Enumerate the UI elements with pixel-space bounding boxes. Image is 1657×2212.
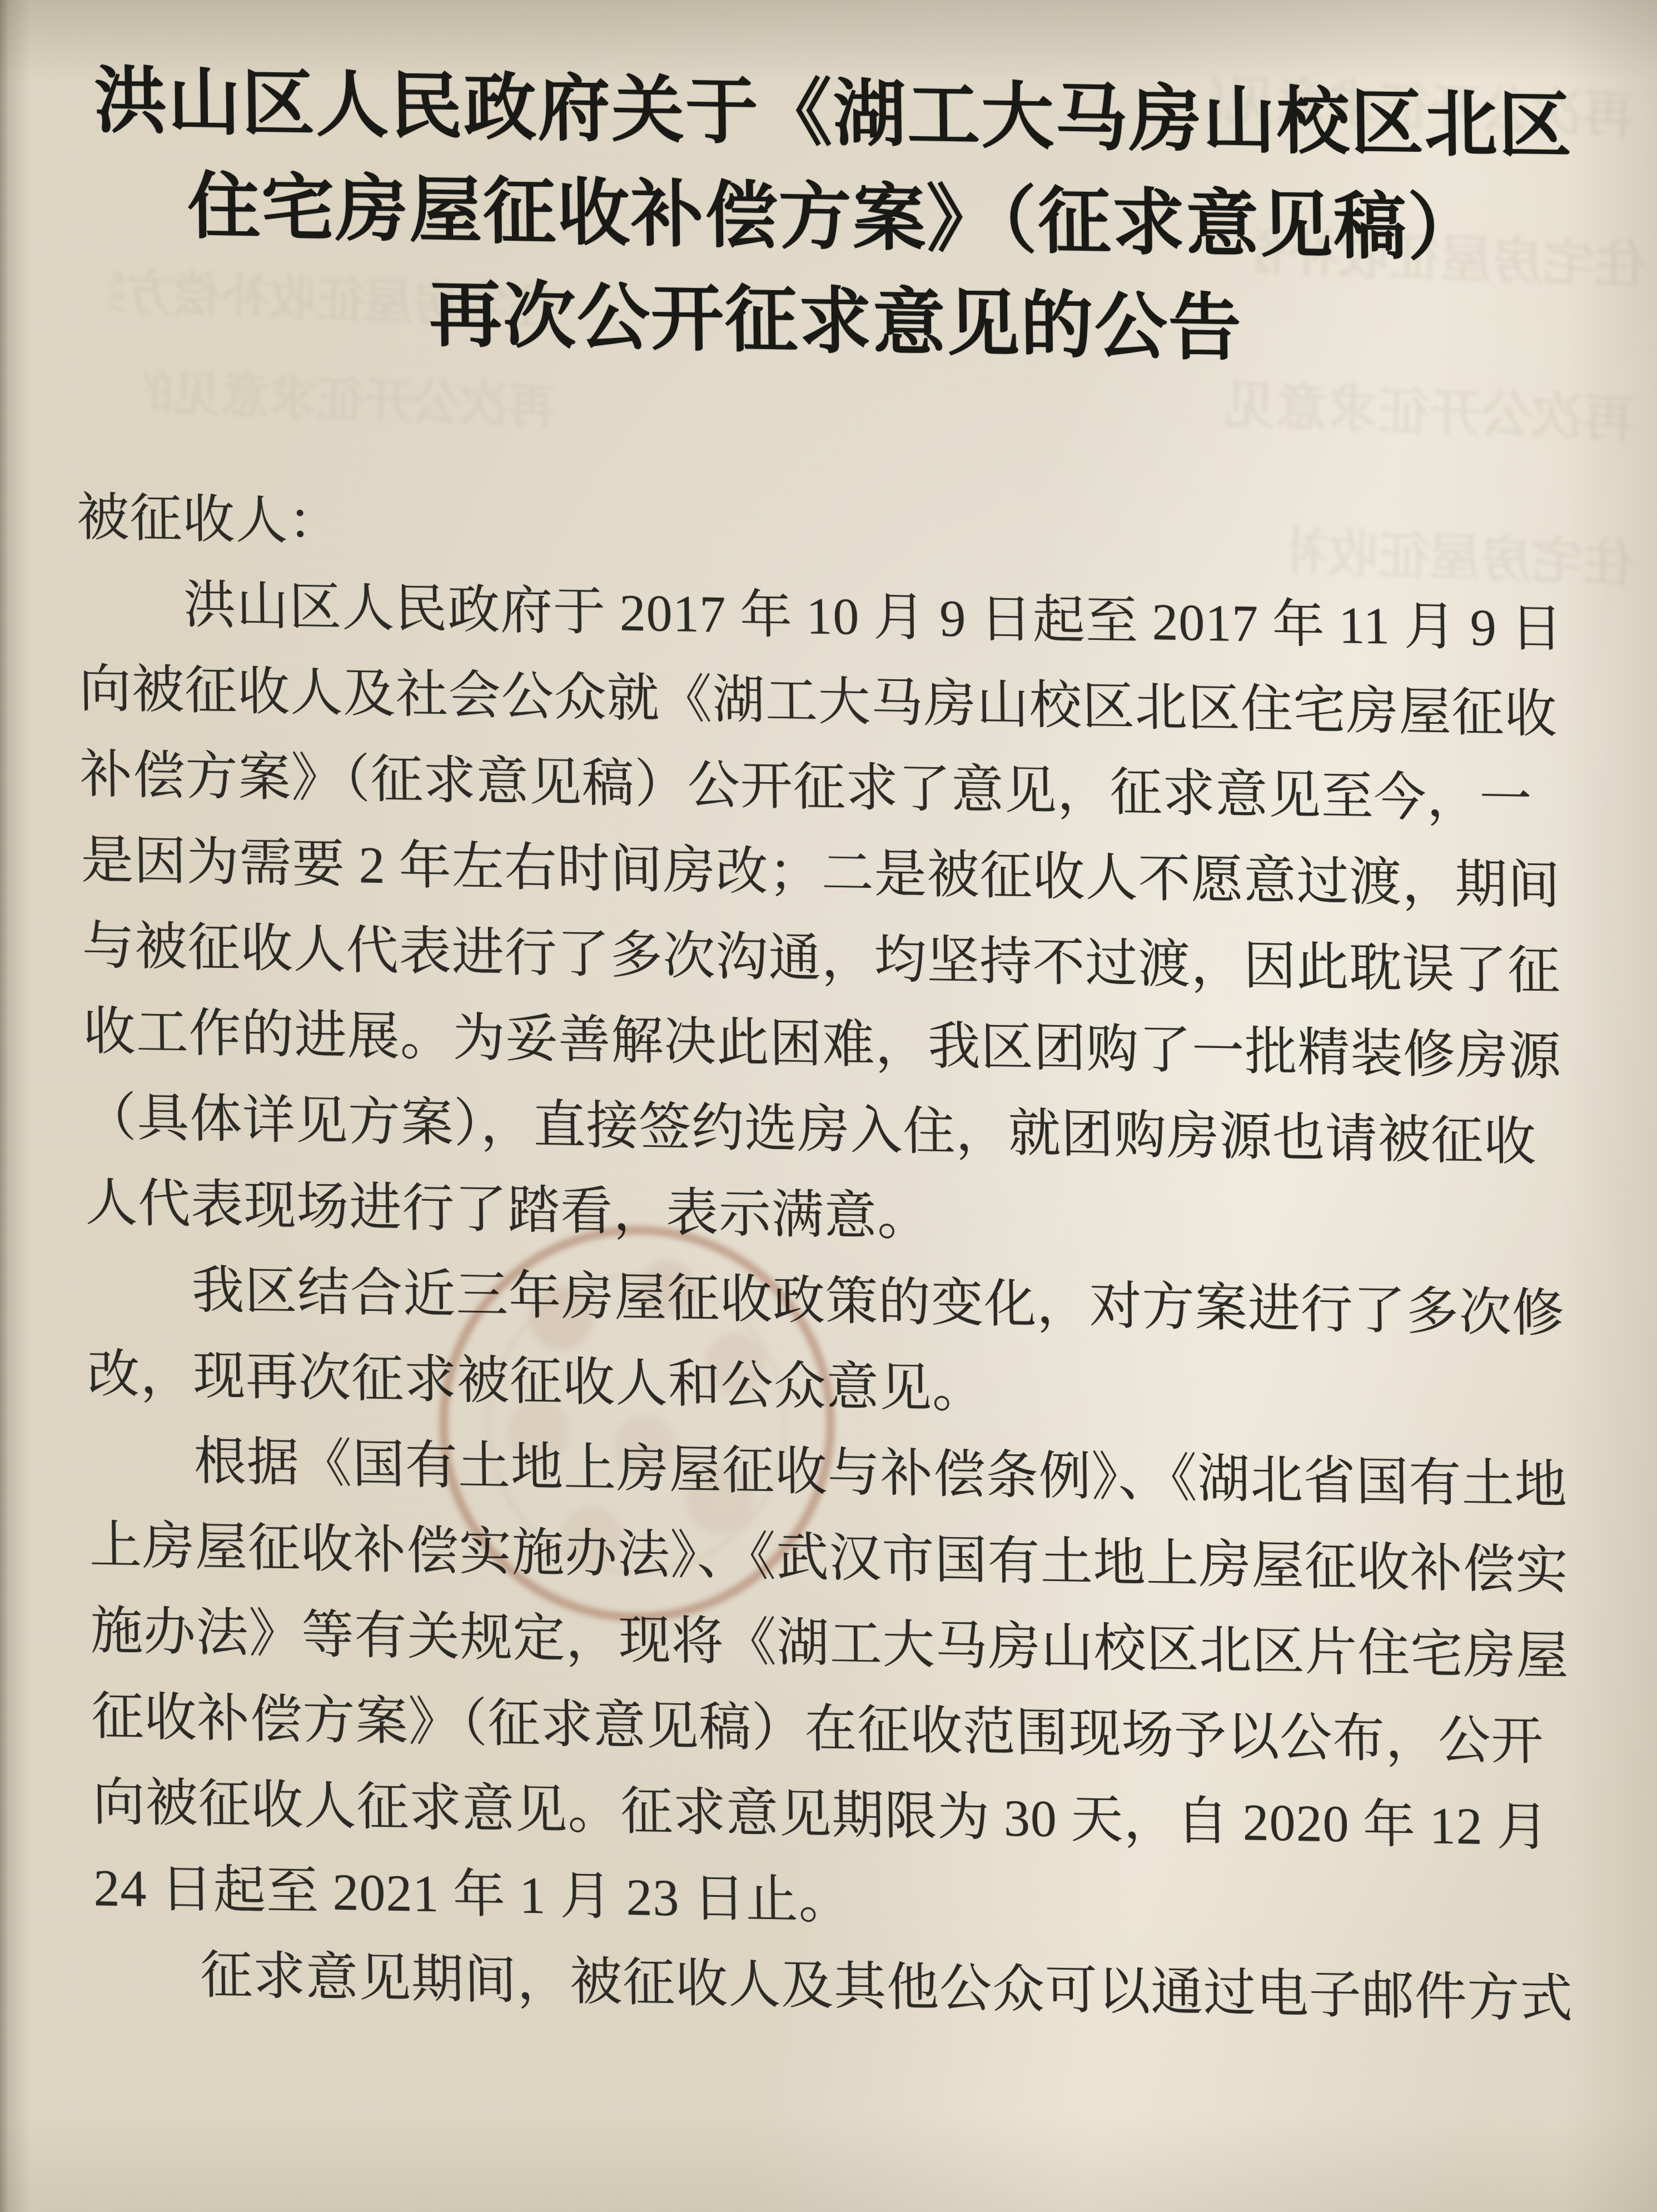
document-content: 洪山区人民政府关于《湖工大马房山校区北区住宅房屋征收补偿方案》（征求意见稿）再次…: [71, 49, 1618, 2043]
notice-title: 洪山区人民政府关于《湖工大马房山校区北区住宅房屋征收补偿方案》（征求意见稿）再次…: [71, 49, 1598, 387]
official-red-seal: [439, 1226, 835, 1622]
photographed-notice-page: 再次公开征求意见的公告 住宅房屋征收补偿方案》（征求意见稿） 再次公开征求意见的…: [0, 0, 1657, 2212]
notice-body: 被征收人： 洪山区人民政府于 2017 年 10 月 9 日起至 2017 年 …: [76, 475, 1618, 2043]
